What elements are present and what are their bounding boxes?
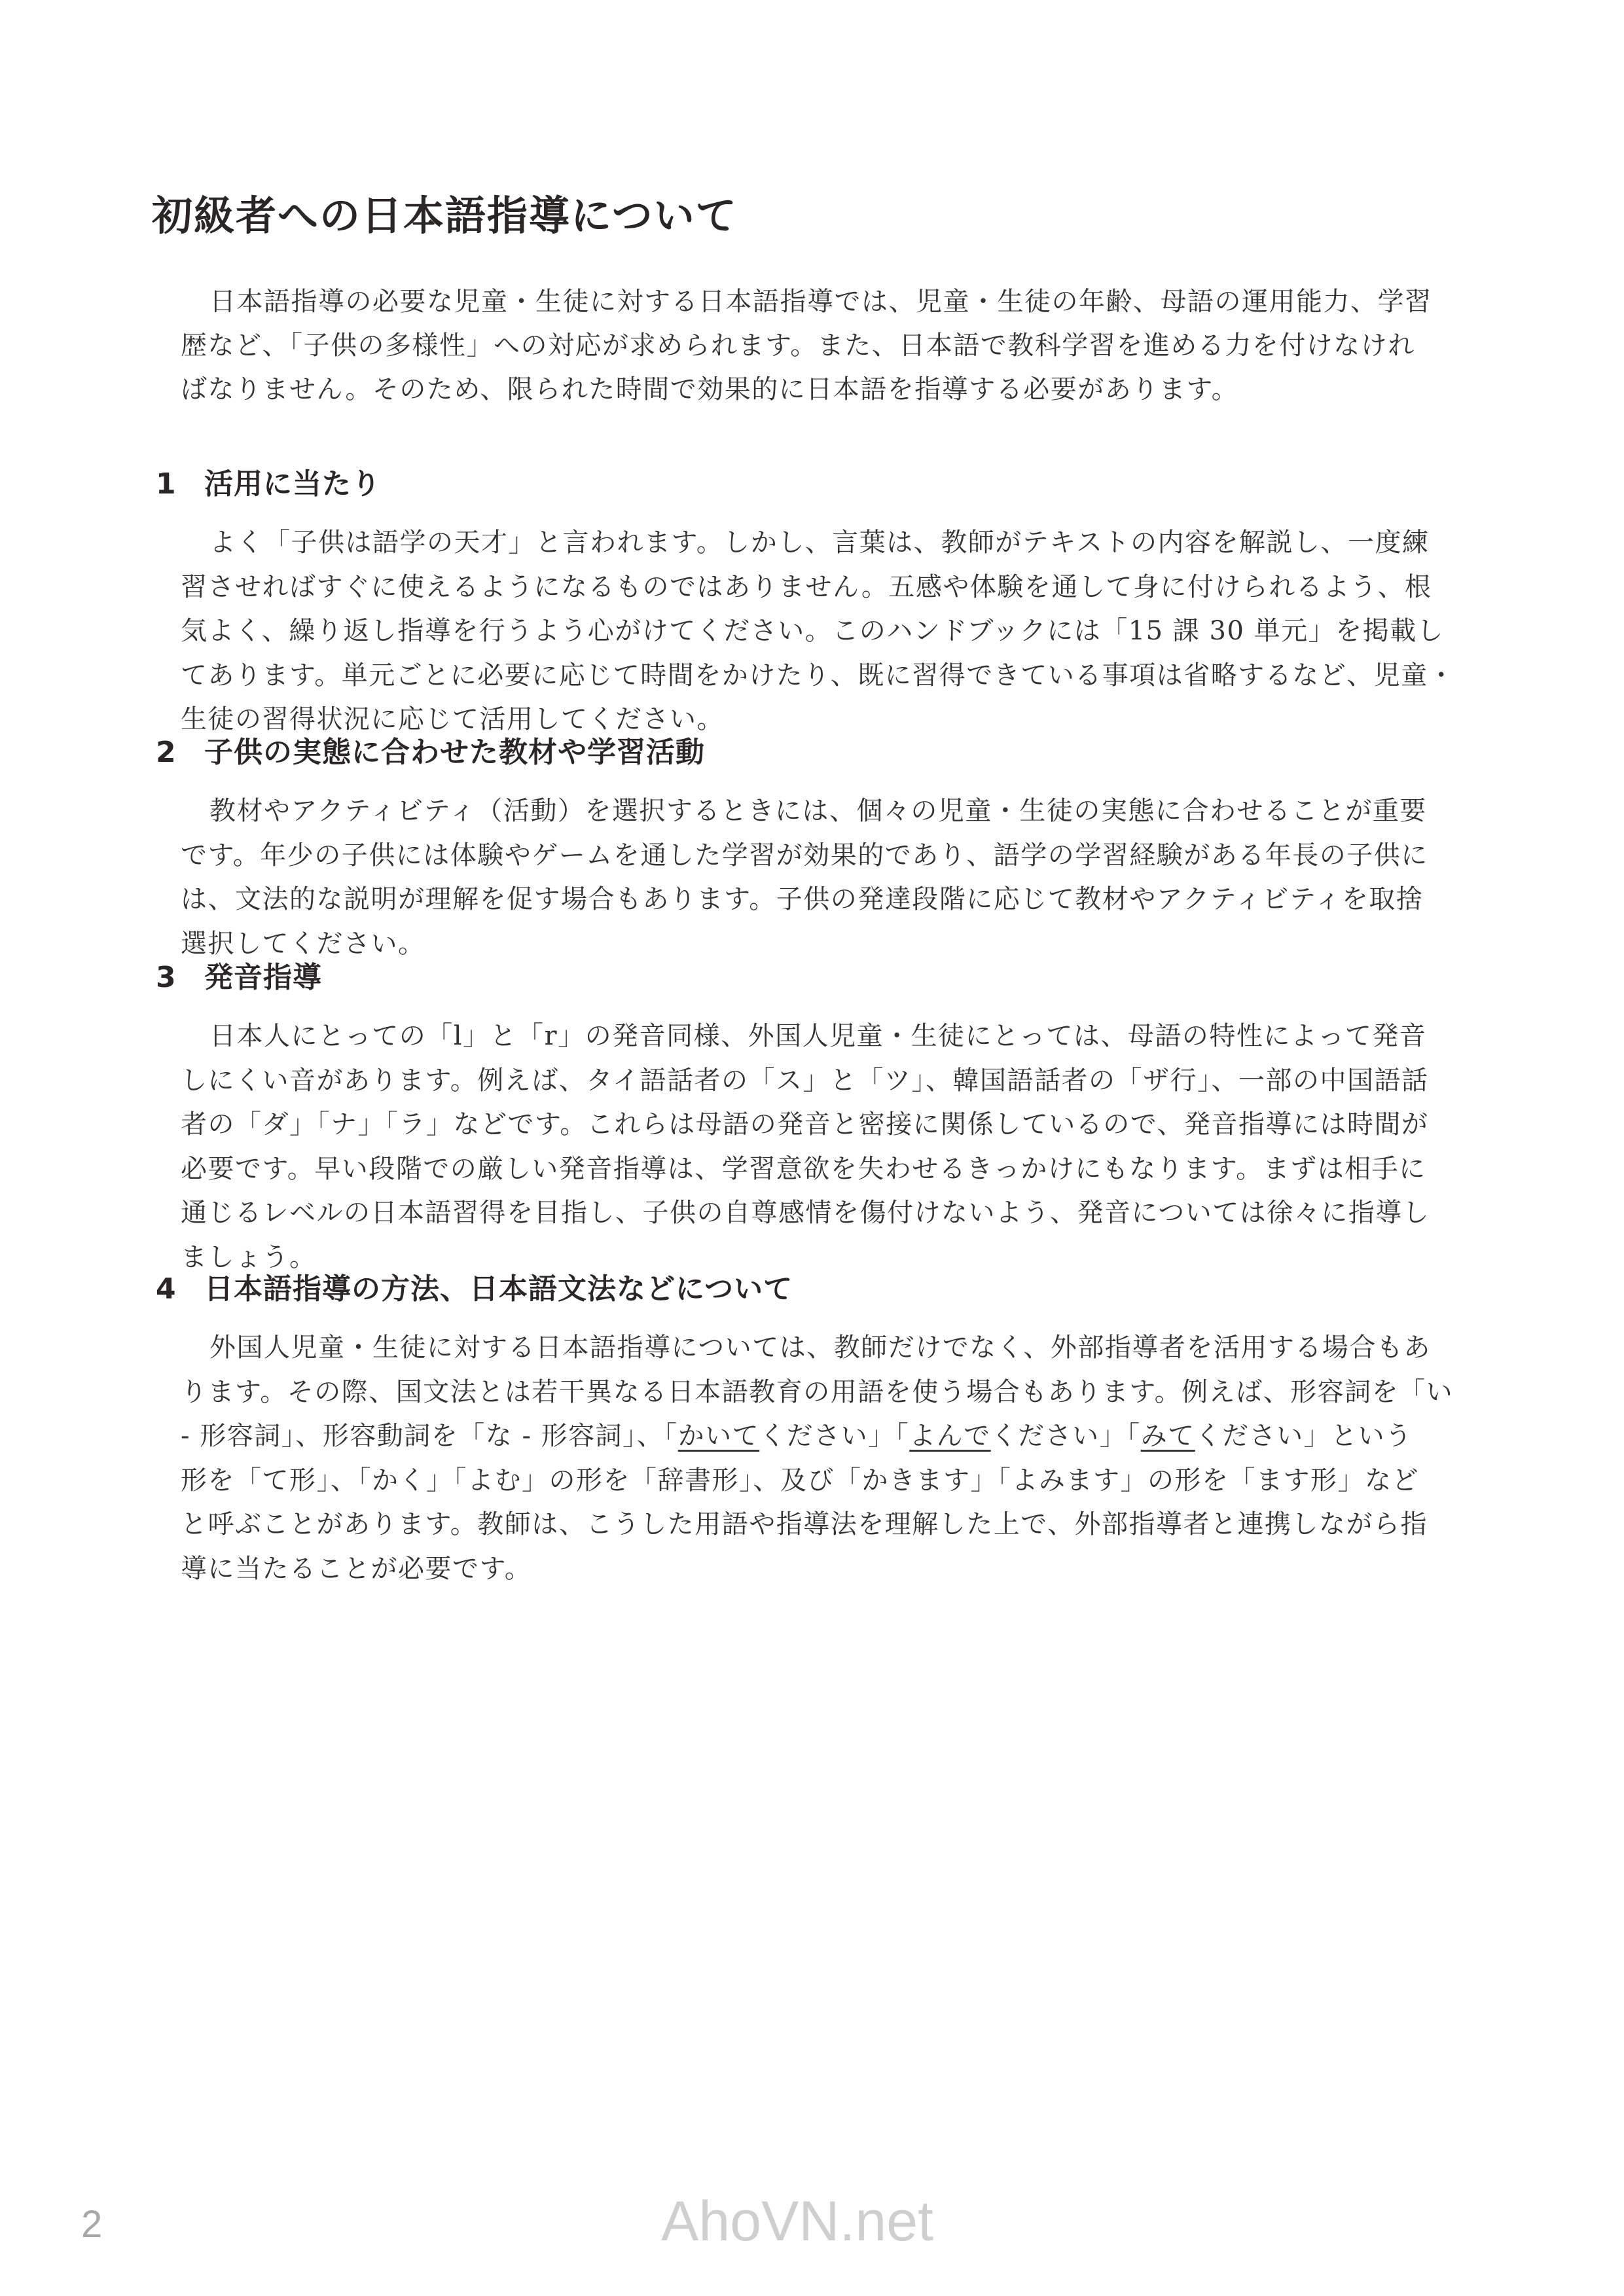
section-heading: 2子供の実態に合わせた教材や学習活動 <box>152 733 1477 772</box>
paragraph-line: 導に当たることが必要です。 <box>152 1547 1477 1592</box>
paragraph-line: 習させればすぐに使えるようになるものではありません。五感や体験を通して身に付けら… <box>152 565 1477 610</box>
text-fragment: - 形容詞」、形容動詞を「な - 形容詞」、「 <box>181 1421 678 1451</box>
section-heading: 4日本語指導の方法、日本語文法などについて <box>152 1270 1477 1309</box>
section-heading-text: 活用に当たり <box>204 467 381 501</box>
intro-line: 歴など、「子供の多様性」への対応が求められます。また、日本語で教科学習を進める力… <box>152 324 1477 368</box>
intro-section: 日本語指導の必要な児童・生徒に対する日本語指導では、児童・生徒の年齢、母語の運用… <box>152 280 1477 412</box>
section-paragraph: 教材やアクティビティ（活動）を選択するときには、個々の児童・生徒の実態に合わせる… <box>152 789 1477 966</box>
section-heading-text: 子供の実態に合わせた教材や学習活動 <box>204 736 705 769</box>
paragraph-line: しにくい音があります。例えば、タイ語話者の「ス」と「ツ」、韓国語話者の「ザ行」、… <box>152 1059 1477 1103</box>
intro-paragraph: 日本語指導の必要な児童・生徒に対する日本語指導では、児童・生徒の年齢、母語の運用… <box>152 280 1477 412</box>
paragraph-line-with-underlines: - 形容詞」、形容動詞を「な - 形容詞」、「かいてください」「よんでください」… <box>152 1414 1477 1459</box>
paragraph-line: 必要です。早い段階での厳しい発音指導は、学習意欲を失わせるきっかけにもなります。… <box>152 1147 1477 1192</box>
underlined-te-form: よんで <box>909 1421 991 1451</box>
section-number: 4 <box>156 1270 204 1309</box>
paragraph-line: てあります。単元ごとに必要に応じて時間をかけたり、既に習得できている事項は省略す… <box>152 654 1477 698</box>
paragraph-line: は、文法的な説明が理解を促す場合もあります。子供の発達段階に応じて教材やアクティ… <box>152 878 1477 922</box>
section-2: 2子供の実態に合わせた教材や学習活動 教材やアクティビティ（活動）を選択するとき… <box>152 733 1477 966</box>
paragraph-line: 教材やアクティビティ（活動）を選択するときには、個々の児童・生徒の実態に合わせる… <box>152 789 1477 834</box>
text-fragment: ください」という <box>1195 1421 1413 1451</box>
paragraph-line: 通じるレベルの日本語習得を目指し、子供の自尊感情を傷付けないよう、発音については… <box>152 1191 1477 1236</box>
section-heading-text: 発音指導 <box>204 961 322 994</box>
section-paragraph: 日本人にとっての「l」と「r」の発音同様、外国人児童・生徒にとっては、母語の特性… <box>152 1014 1477 1280</box>
section-heading: 1活用に当たり <box>152 465 1477 504</box>
document-page: 初級者への日本語指導について 日本語指導の必要な児童・生徒に対する日本語指導では… <box>0 0 1624 2296</box>
paragraph-line: 気よく、繰り返し指導を行うよう心がけてください。このハンドブックには「15 課 … <box>152 609 1477 654</box>
section-paragraph: よく「子供は語学の天才」と言われます。しかし、言葉は、教師がテキストの内容を解説… <box>152 521 1477 742</box>
text-fragment: ください」「 <box>991 1421 1141 1451</box>
paragraph-line: ります。その際、国文法とは若干異なる日本語教育の用語を使う場合もあります。例えば… <box>152 1371 1477 1415</box>
underlined-te-form: かいて <box>678 1421 760 1451</box>
paragraph-line: よく「子供は語学の天才」と言われます。しかし、言葉は、教師がテキストの内容を解説… <box>152 521 1477 565</box>
section-paragraph: 外国人児童・生徒に対する日本語指導については、教師だけでなく、外部指導者を活用す… <box>152 1326 1477 1591</box>
intro-line: ばなりません。そのため、限られた時間で効果的に日本語を指導する必要があります。 <box>152 368 1477 412</box>
intro-line: 日本語指導の必要な児童・生徒に対する日本語指導では、児童・生徒の年齢、母語の運用… <box>152 280 1477 324</box>
watermark: AhoVN.net <box>661 2189 933 2254</box>
text-fragment: ください」「 <box>759 1421 909 1451</box>
paragraph-line: 日本人にとっての「l」と「r」の発音同様、外国人児童・生徒にとっては、母語の特性… <box>152 1014 1477 1059</box>
page-title: 初級者への日本語指導について <box>152 190 738 242</box>
section-heading-text: 日本語指導の方法、日本語文法などについて <box>204 1272 793 1306</box>
section-number: 3 <box>156 958 204 997</box>
section-3: 3発音指導 日本人にとっての「l」と「r」の発音同様、外国人児童・生徒にとっては… <box>152 958 1477 1280</box>
underlined-te-form: みて <box>1141 1421 1195 1451</box>
paragraph-line: 形を「て形」、「かく」「よむ」の形を「辞書形」、及び「かきます」「よみます」の形… <box>152 1459 1477 1503</box>
paragraph-line: と呼ぶことがあります。教師は、こうした用語や指導法を理解した上で、外部指導者と連… <box>152 1503 1477 1547</box>
page-number: 2 <box>81 2202 102 2246</box>
paragraph-line: 外国人児童・生徒に対する日本語指導については、教師だけでなく、外部指導者を活用す… <box>152 1326 1477 1371</box>
section-number: 1 <box>156 465 204 504</box>
paragraph-line: 者の「ダ」「ナ」「ラ」などです。これらは母語の発音と密接に関係しているので、発音… <box>152 1103 1477 1147</box>
section-number: 2 <box>156 733 204 772</box>
paragraph-line: です。年少の子供には体験やゲームを通した学習が効果的であり、語学の学習経験がある… <box>152 834 1477 878</box>
section-heading: 3発音指導 <box>152 958 1477 997</box>
section-1: 1活用に当たり よく「子供は語学の天才」と言われます。しかし、言葉は、教師がテキ… <box>152 465 1477 742</box>
section-4: 4日本語指導の方法、日本語文法などについて 外国人児童・生徒に対する日本語指導に… <box>152 1270 1477 1591</box>
